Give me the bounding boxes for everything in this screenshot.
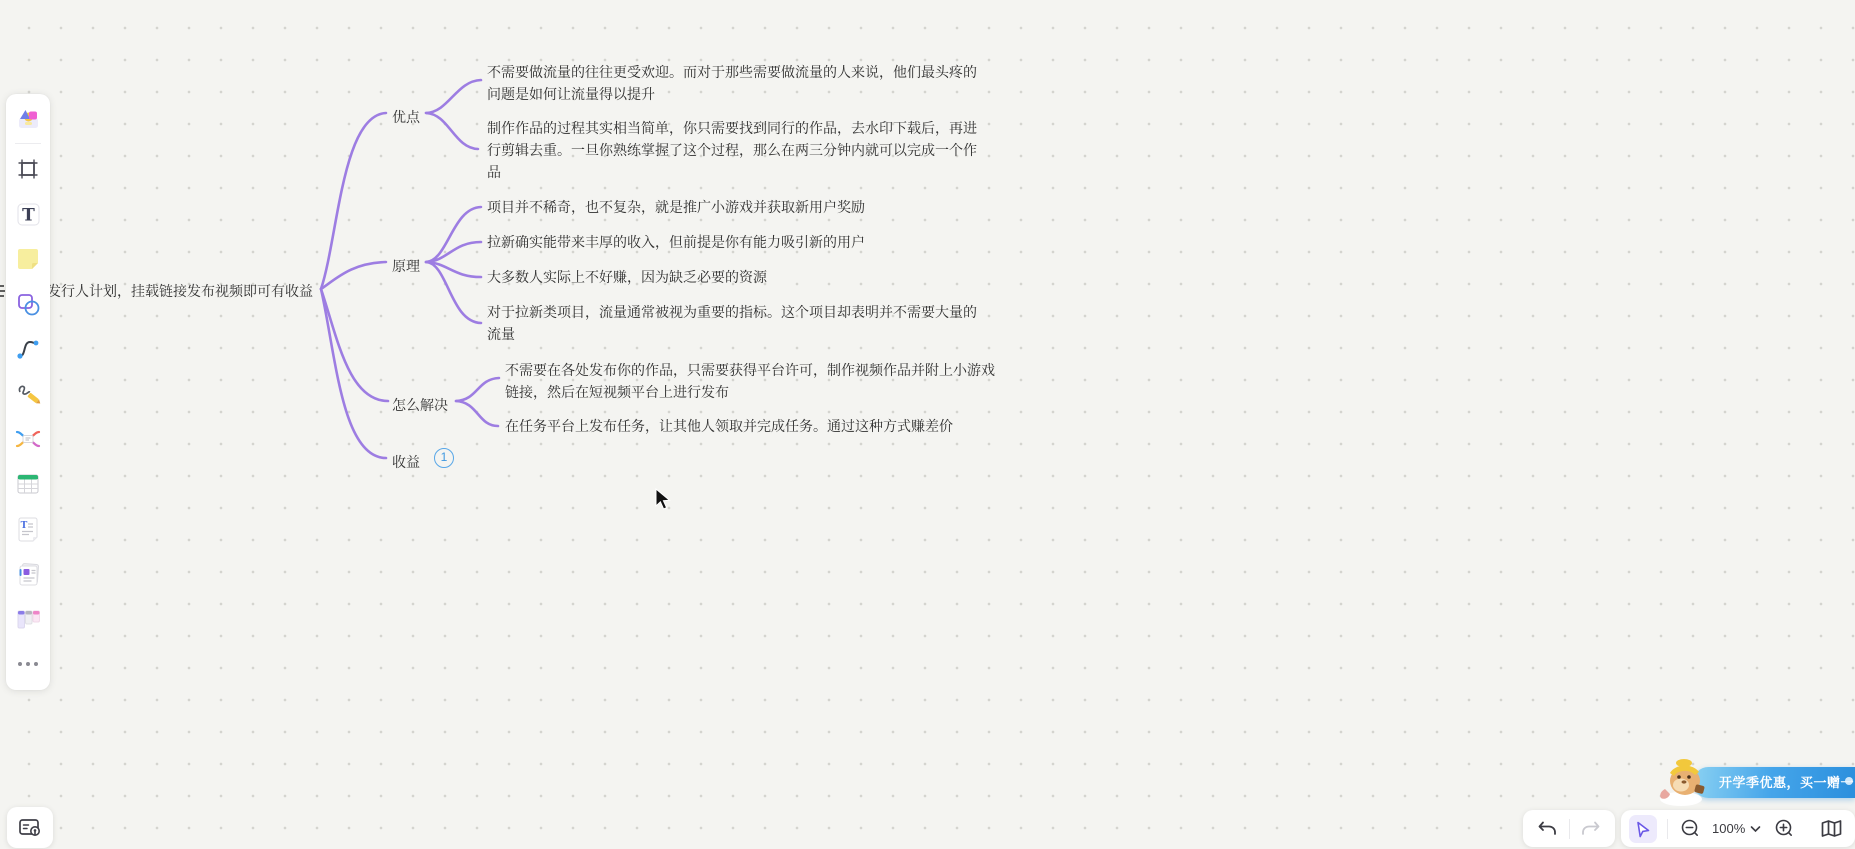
panel-divider — [1667, 819, 1668, 839]
canvas[interactable]: 发行人计划，挂载链接发布视频即可有收益 优点 原理 怎么解决 收益 1 不需要做… — [0, 0, 1855, 849]
view-controls-panel: 100% — [1621, 810, 1855, 847]
map-icon — [1820, 819, 1843, 838]
mindmap-leaf-node[interactable]: 在任务平台上发布任务，让其他人领取并完成任务。通过这种方式赚差价 — [505, 415, 1002, 437]
pen-icon[interactable] — [14, 380, 42, 408]
table-icon[interactable] — [14, 470, 42, 498]
mindmap-leaf-node[interactable]: 不需要在各处发布你的作品，只需要获得平台许可，制作视频作品并附上小游戏 链接，然… — [505, 359, 1002, 403]
mindmap-branch-yuanli[interactable]: 原理 — [392, 255, 420, 277]
mindmap-leaf-node[interactable]: 项目并不稀奇，也不复杂，就是推广小游戏并获取新用户奖励 — [487, 196, 984, 218]
frame-icon[interactable] — [14, 155, 42, 183]
shapes-icon[interactable] — [14, 290, 42, 318]
promo-text[interactable]: 开学季优惠，买一赠一 — [1693, 767, 1855, 798]
svg-text:T: T — [22, 205, 35, 225]
board-navigator-button[interactable] — [7, 807, 53, 848]
guide-map-button[interactable] — [1820, 819, 1843, 838]
pages-icon[interactable] — [14, 560, 42, 588]
mindmap-icon[interactable] — [14, 425, 42, 453]
zoom-out-button[interactable] — [1680, 818, 1701, 839]
tools-sidebar: T — [6, 94, 50, 690]
pointer-icon — [1634, 820, 1652, 838]
templates-icon[interactable] — [14, 104, 42, 132]
document-icon[interactable]: T — [14, 515, 42, 543]
history-panel — [1523, 810, 1615, 847]
mindmap-leaf-node[interactable]: 大多数人实际上不好赚，因为缺乏必要的资源 — [487, 266, 984, 288]
more-tools-icon[interactable] — [14, 650, 42, 678]
svg-text:T: T — [21, 521, 28, 531]
select-tool-button[interactable] — [1629, 815, 1657, 843]
undo-button[interactable] — [1536, 820, 1558, 838]
toolbar-divider — [15, 143, 41, 144]
connector-icon[interactable] — [14, 335, 42, 363]
zoom-level-value[interactable]: 100% — [1712, 821, 1745, 836]
mindmap-root-node[interactable]: 发行人计划，挂载链接发布视频即可有收益 — [47, 280, 313, 302]
mascot-icon — [1655, 751, 1713, 809]
promo-banner[interactable]: 开学季优惠，买一赠一 — [1655, 751, 1855, 809]
promo-close-fragment[interactable] — [1845, 777, 1853, 785]
zoom-in-button[interactable] — [1774, 818, 1795, 839]
mindmap-leaf-node[interactable]: 不需要做流量的往往更受欢迎。而对于那些需要做流量的人来说，他们最头疼的 问题是如… — [487, 61, 984, 105]
mindmap-leaf-node[interactable]: 拉新确实能带来丰厚的收入，但前提是你有能力吸引新的用户 — [487, 231, 984, 253]
mindmap-leaf-node[interactable]: 对于拉新类项目，流量通常被视为重要的指标。这个项目却表明并不需要大量的 流量 — [487, 301, 984, 345]
mindmap-branch-shouyi[interactable]: 收益 — [392, 451, 420, 473]
kanban-icon[interactable] — [14, 605, 42, 633]
redo-button[interactable] — [1580, 820, 1602, 838]
attachment-count-badge[interactable]: 1 — [434, 448, 454, 468]
sticky-note-icon[interactable] — [14, 245, 42, 273]
zoom-menu-chevron-icon[interactable] — [1750, 825, 1761, 833]
board-pin-icon — [17, 816, 43, 840]
panel-divider — [1569, 819, 1570, 839]
mindmap-leaf-node[interactable]: 制作作品的过程其实相当简单，你只需要找到同行的作品，去水印下载后，再进 行剪辑去… — [487, 117, 984, 183]
mindmap-branch-zenmejiejue[interactable]: 怎么解决 — [392, 394, 448, 416]
text-tool-icon[interactable]: T — [14, 200, 42, 228]
mindmap-branch-youdian[interactable]: 优点 — [392, 106, 420, 128]
